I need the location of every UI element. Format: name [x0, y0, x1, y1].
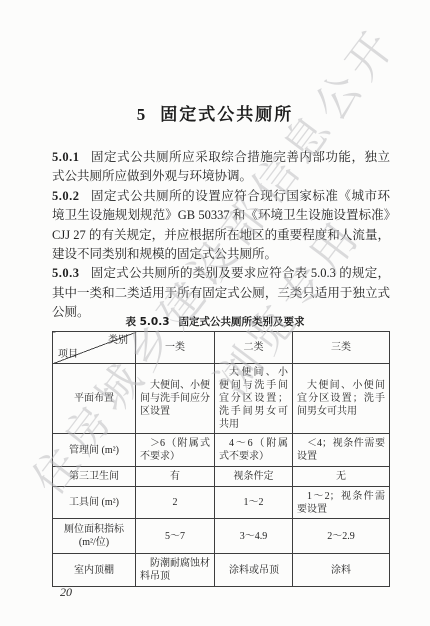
table-cell: 2～2.9 [293, 519, 390, 554]
table-caption: 表 5.0.3固定式公共厕所类别及要求 [0, 314, 430, 329]
table-cell: ＜4；视条件需要设置 [293, 434, 390, 467]
section-title: 固定式公共厕所 [160, 105, 293, 124]
table-cell: 有 [136, 467, 215, 487]
clause-text: 固定式公共厕所应采取综合措施完善内部功能，独立式公共厕所应做到外观与环境协调。 [52, 150, 390, 183]
section-number: 5 [137, 105, 147, 124]
table-row: 室内顶棚 防潮耐腐蚀材料吊顶 涂料或吊顶 涂料 [53, 554, 390, 587]
corner-label-item: 项目 [58, 348, 78, 361]
table-cell: 大便间、小便间与洗手间应分区设置 [136, 364, 215, 434]
table-row: 管理间 (m²) ＞6（附属式不要求） 4～6（附属式不要求） ＜4；视条件需要… [53, 434, 390, 467]
col-header-class1: 一类 [136, 332, 215, 364]
clause-body: 5.0.1固定式公共厕所应采取综合措施完善内部功能，独立式公共厕所应做到外观与环… [52, 148, 390, 323]
row-label-line2: (m²/位) [57, 536, 131, 549]
row-label: 管理间 (m²) [53, 434, 136, 467]
table-cell: ＞6（附属式不要求） [136, 434, 215, 467]
clause-number: 5.0.2 [52, 189, 80, 203]
table-cell: 3～4.9 [215, 519, 293, 554]
table-cell: 2 [136, 487, 215, 519]
corner-label-category: 类别 [108, 334, 128, 347]
clause-5-0-1: 5.0.1固定式公共厕所应采取综合措施完善内部功能，独立式公共厕所应做到外观与环… [52, 148, 390, 187]
table-cell: 大便间、小便间宜分区设置；洗手间男女可共用 [293, 364, 390, 434]
table-cell: 大便间、小便间与洗手间宜分区设置；洗手间男女可共用 [215, 364, 293, 434]
table-header-row: 类别 项目 一类 二类 三类 [53, 332, 390, 364]
table-cell: 涂料或吊顶 [215, 554, 293, 587]
clause-text: 固定式公共厕所的设置应符合现行国家标准《城市环境卫生设施规划规范》GB 5033… [52, 189, 390, 261]
col-header-class3: 三类 [293, 332, 390, 364]
row-label-line1: 厕位面积指标 [57, 523, 131, 536]
table-cell: 1～2 [215, 487, 293, 519]
corner-cell: 类别 项目 [53, 332, 136, 364]
table-title-text: 固定式公共厕所类别及要求 [179, 316, 305, 328]
table-cell: 防潮耐腐蚀材料吊顶 [136, 554, 215, 587]
table-number: 表 5.0.3 [125, 316, 169, 328]
section-heading: 5固定式公共厕所 [0, 100, 430, 125]
row-label: 室内顶棚 [53, 554, 136, 587]
col-header-class2: 二类 [215, 332, 293, 364]
table-row: 厕位面积指标 (m²/位) 5～7 3～4.9 2～2.9 [53, 519, 390, 554]
table-row: 平面布置 大便间、小便间与洗手间应分区设置 大便间、小便间与洗手间宜分区设置；洗… [53, 364, 390, 434]
table-cell: 无 [293, 467, 390, 487]
document-page: 住房城乡建设部信息公开 浏览专用 5固定式公共厕所 5.0.1固定式公共厕所应采… [0, 0, 430, 626]
row-label: 第三卫生间 [53, 467, 136, 487]
row-label: 厕位面积指标 (m²/位) [53, 519, 136, 554]
page-number: 20 [60, 585, 72, 600]
clause-number: 5.0.3 [52, 266, 80, 280]
table-cell: 5～7 [136, 519, 215, 554]
table-cell: 4～6（附属式不要求） [215, 434, 293, 467]
row-label: 工具间 (m²) [53, 487, 136, 519]
table-cell: 涂料 [293, 554, 390, 587]
clause-text: 固定式公共厕所的类别及要求应符合表 5.0.3 的规定，其中一类和二类适用于所有… [52, 266, 390, 319]
table-row: 第三卫生间 有 视条件定 无 [53, 467, 390, 487]
table-cell: 视条件定 [215, 467, 293, 487]
clause-number: 5.0.1 [52, 150, 80, 164]
table-row: 工具间 (m²) 2 1～2 1～2；视条件需要设置 [53, 487, 390, 519]
table-cell: 1～2；视条件需要设置 [293, 487, 390, 519]
clause-5-0-2: 5.0.2固定式公共厕所的设置应符合现行国家标准《城市环境卫生设施规划规范》GB… [52, 187, 390, 265]
row-label: 平面布置 [53, 364, 136, 434]
spec-table: 类别 项目 一类 二类 三类 平面布置 大便间、小便间与洗手间应分区设置 大便间… [52, 331, 390, 587]
